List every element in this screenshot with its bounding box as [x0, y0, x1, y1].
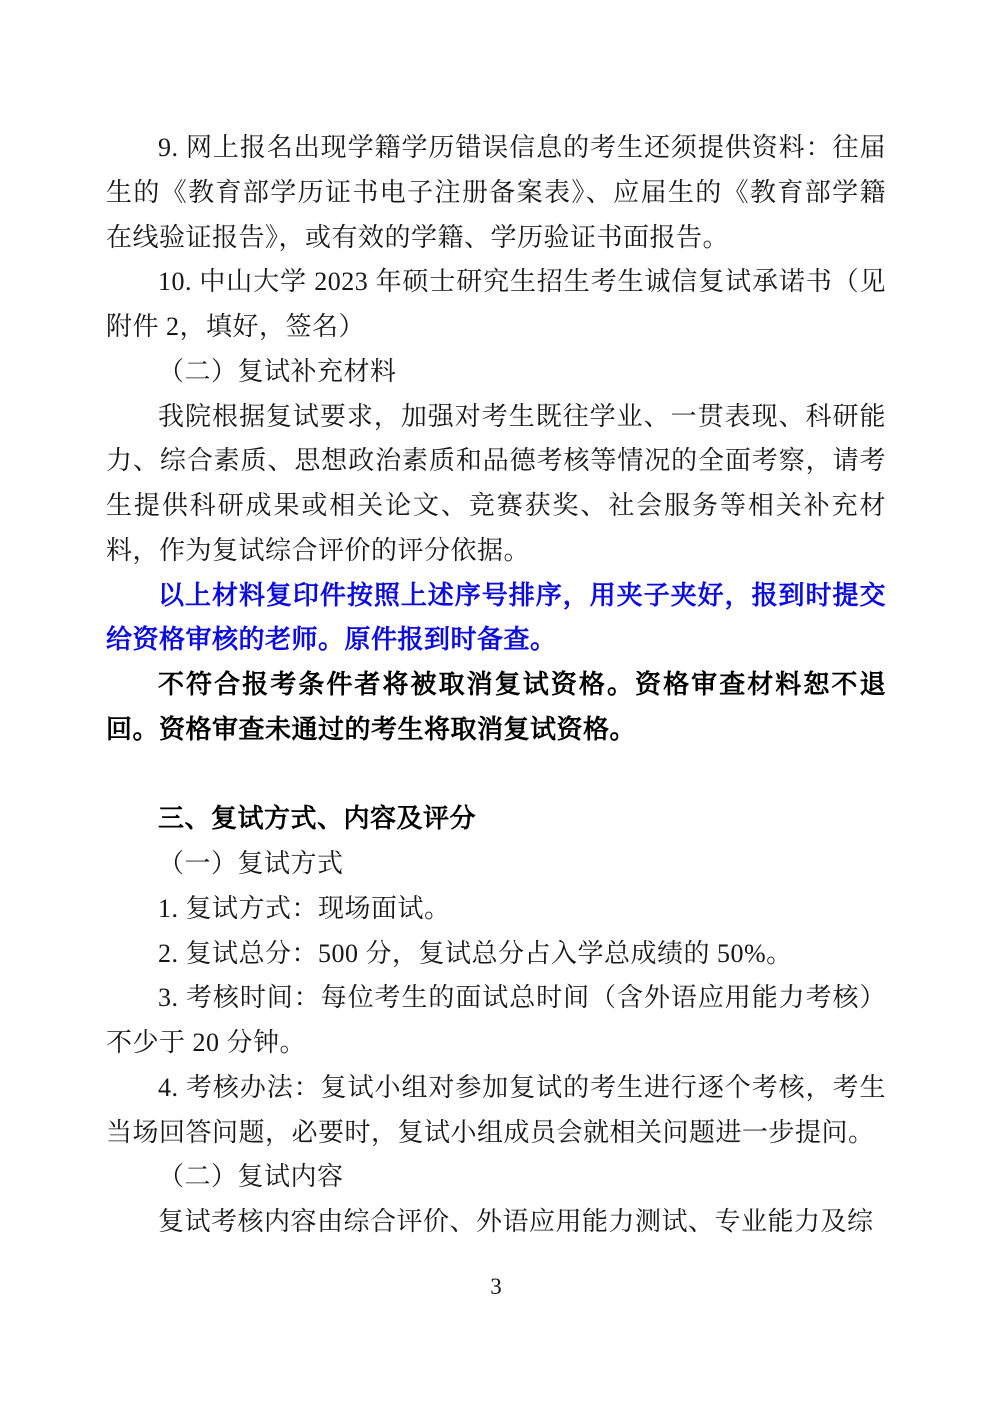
paragraph-content-intro-line: 复试考核内容由综合评价、外语应用能力测试、专业能力及综	[106, 1200, 886, 1245]
paragraph-blue-notice: 以上材料复印件按照上述序号排序，用夹子夹好，报到时提交给资格审核的老师。原件报到…	[106, 574, 886, 664]
paragraph-method-item-3: 3. 考核时间：每位考生的面试总时间（含外语应用能力考核）不少于 20 分钟。	[106, 976, 886, 1066]
paragraph-subsection-1-interview-method: （一）复试方式	[106, 842, 886, 887]
paragraph-method-item-4: 4. 考核办法：复试小组对参加复试的考生进行逐个考核，考生当场回答问题，必要时，…	[106, 1066, 886, 1156]
paragraph-item-9: 9. 网上报名出现学籍学历错误信息的考生还须提供资料：往届生的《教育部学历证书电…	[106, 126, 886, 260]
document-body: 9. 网上报名出现学籍学历错误信息的考生还须提供资料：往届生的《教育部学历证书电…	[106, 126, 886, 1245]
paragraph-supplementary-details: 我院根据复试要求，加强对考生既往学业、一贯表现、科研能力、综合素质、思想政治素质…	[106, 395, 886, 574]
document-page: 9. 网上报名出现学籍学历错误信息的考生还须提供资料：往届生的《教育部学历证书电…	[0, 0, 992, 1403]
paragraph-disqualification-notice: 不符合报考条件者将被取消复试资格。资格审查材料恕不退回。资格审查未通过的考生将取…	[106, 663, 886, 753]
paragraph-subsection-2-interview-content: （二）复试内容	[106, 1155, 886, 1200]
paragraph-subsection-2-supplementary-materials: （二）复试补充材料	[106, 350, 886, 395]
page-number: 3	[0, 1272, 992, 1302]
paragraph-method-item-2: 2. 复试总分：500 分，复试总分占入学总成绩的 50%。	[106, 932, 886, 977]
paragraph-method-item-1: 1. 复试方式：现场面试。	[106, 887, 886, 932]
paragraph-item-10: 10. 中山大学 2023 年硕士研究生招生考生诚信复试承诺书（见附件 2，填好…	[106, 260, 886, 350]
blank-line-spacer	[106, 753, 886, 798]
section-heading-3: 三、复试方式、内容及评分	[106, 797, 886, 842]
